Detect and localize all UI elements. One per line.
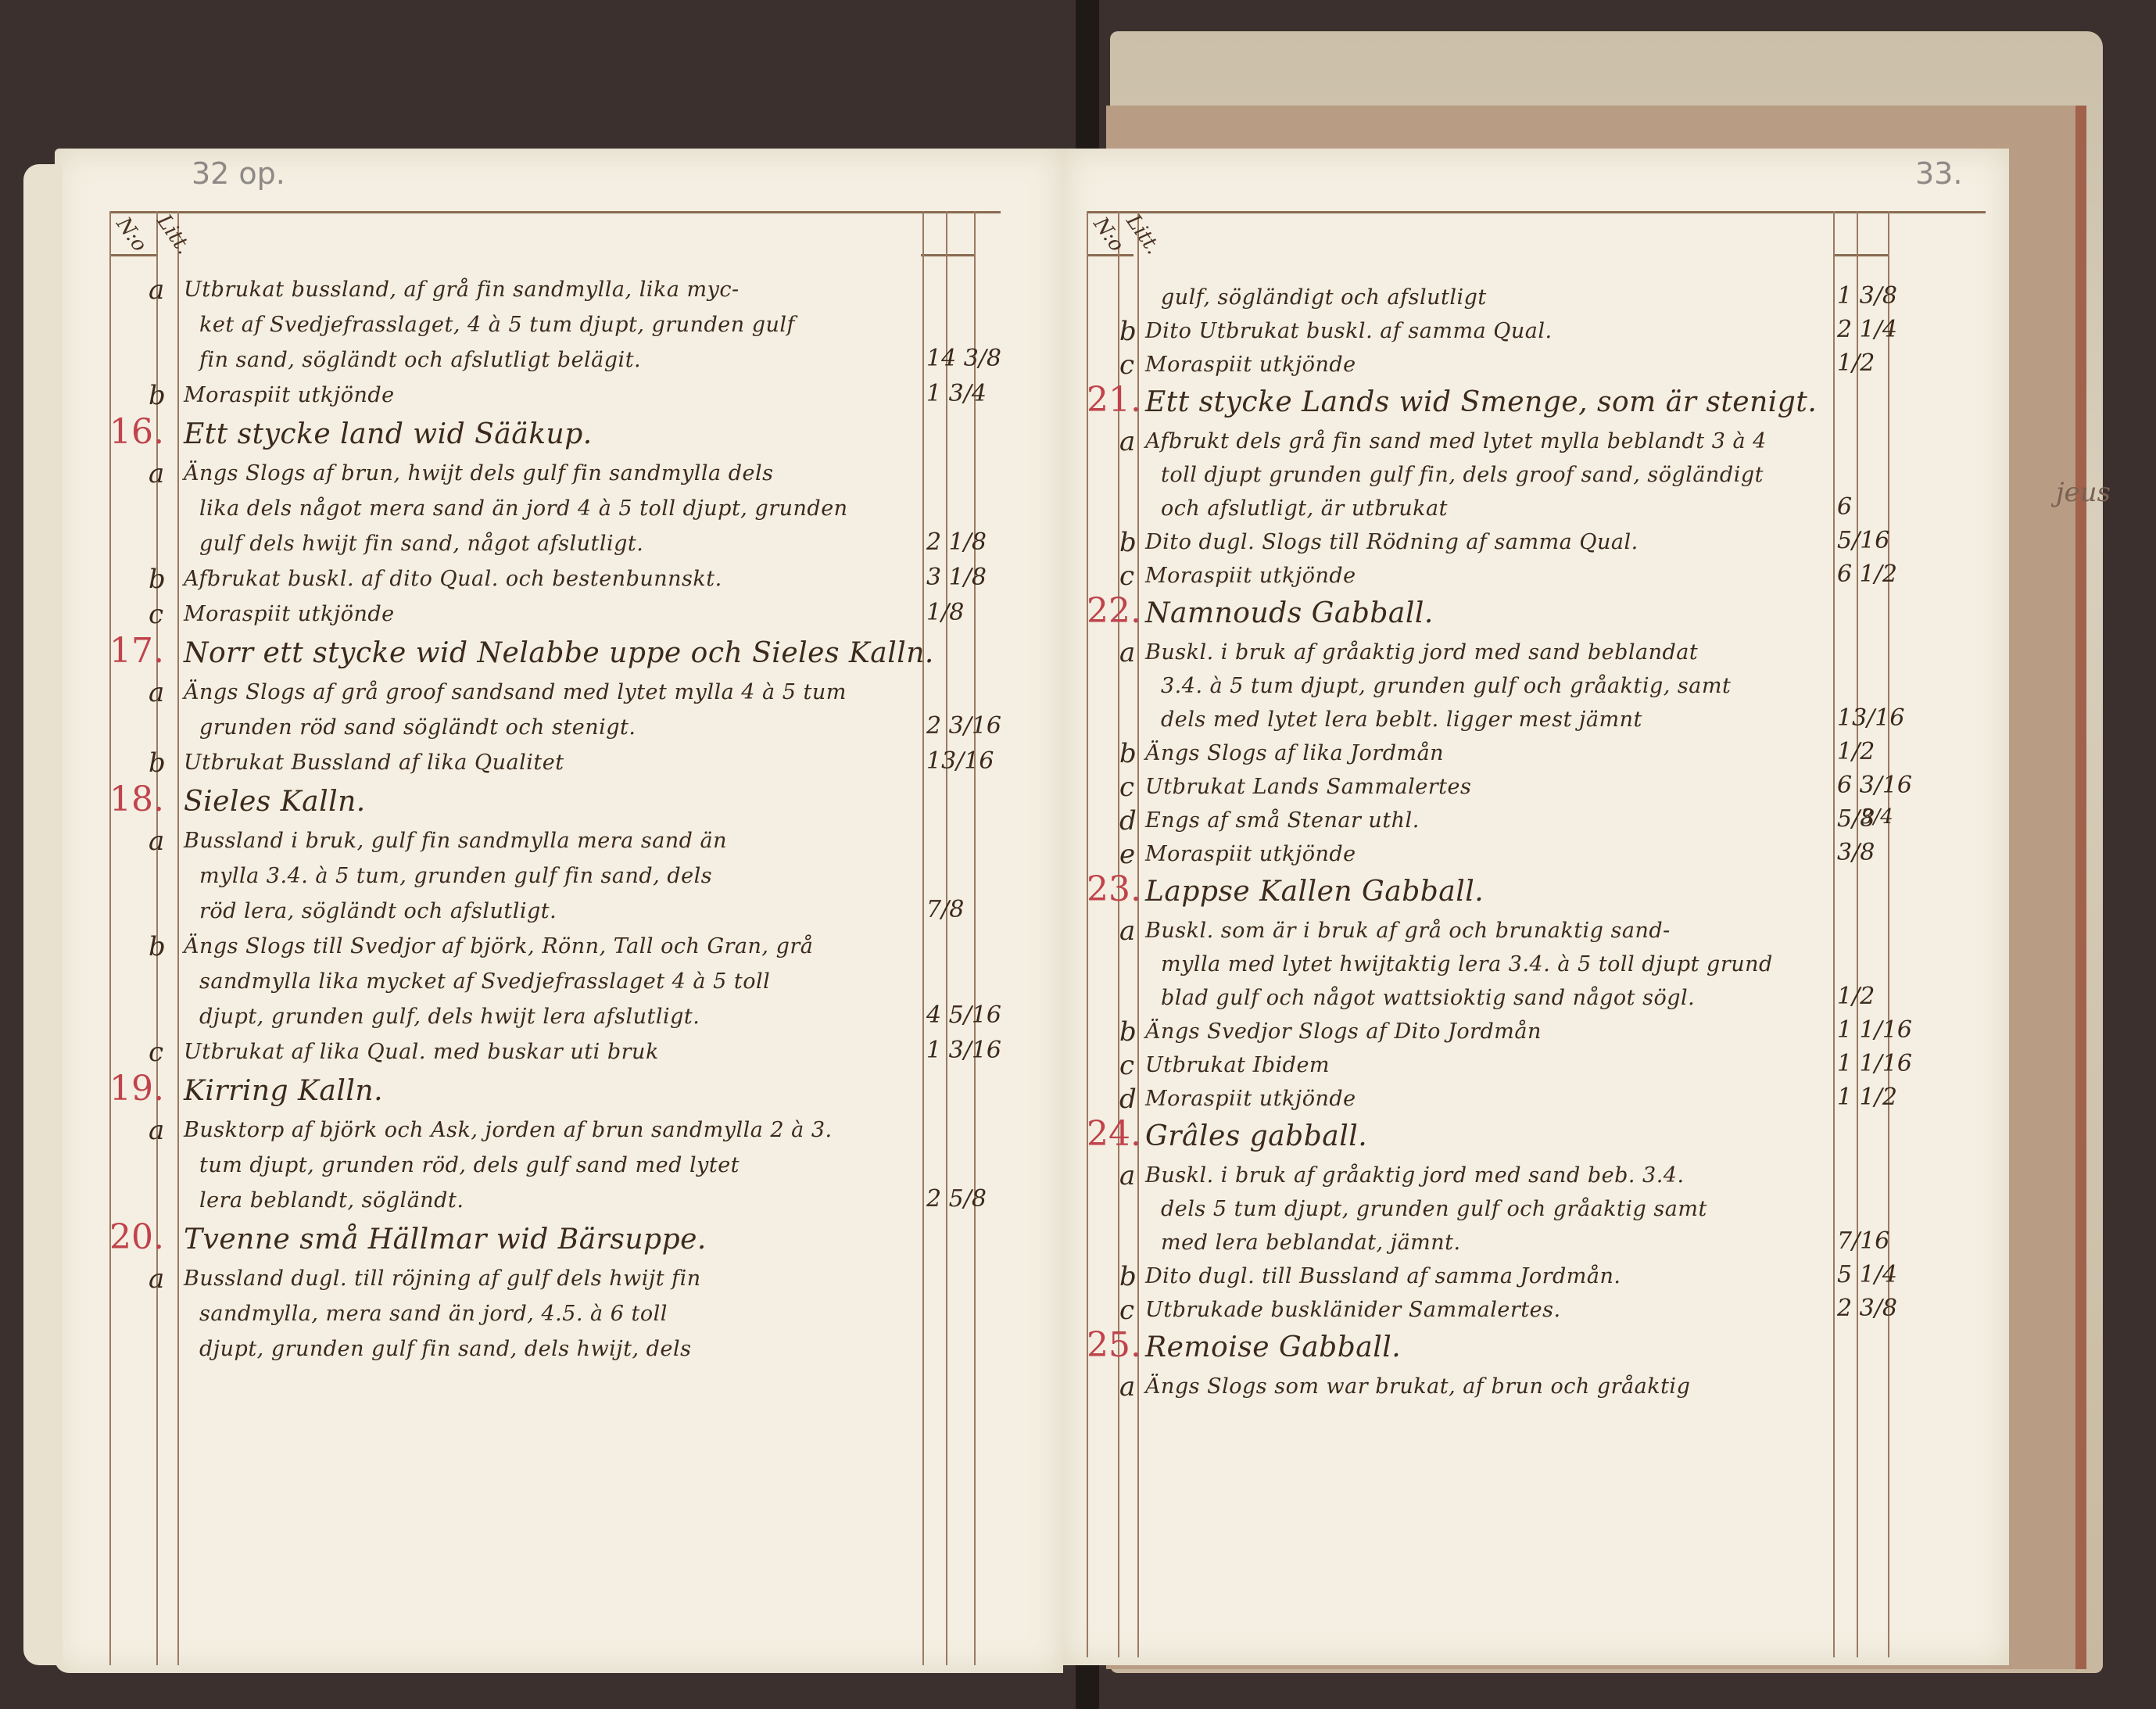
entry-text: toll djupt grunden gulf fin, dels groof … [1161, 463, 1764, 487]
parcel-heading: Norr ett stycke wid Nelabbe uppe och Sie… [184, 637, 934, 669]
entry-letter: c [1119, 1295, 1134, 1326]
entry-text: Moraspiit utkjönde [184, 602, 395, 626]
entry-number: 19. [109, 1069, 164, 1109]
column-header-no: N:o [1089, 213, 1129, 256]
column-rule [177, 211, 179, 1665]
parcel-heading: Namnouds Gabball. [1145, 597, 1434, 629]
area-value-tunnland: 2 5/8 [926, 1185, 987, 1213]
entry-text: Buskl. som är i bruk af grå och brunakti… [1145, 919, 1671, 943]
entry-text: Utbrukat bussland, af grå fin sandmylla,… [184, 278, 740, 302]
entry-text: Moraspiit utkjönde [184, 383, 395, 407]
area-value-tunnland: 1 1/2 [1837, 1084, 1897, 1111]
area-value-tunnland: 1 1/16 [1837, 1016, 1912, 1044]
entry-text: Utbrukat Ibidem [1145, 1053, 1330, 1077]
entry-text: fin sand, sögländt och afslutligt belägi… [199, 348, 641, 372]
entry-letter: d [1119, 805, 1137, 837]
column-rule [974, 211, 976, 1665]
entry-letter: a [1119, 637, 1135, 668]
entry-text: Dito Utbrukat buskl. af samma Qual. [1145, 319, 1553, 343]
margin-note: jeus [2056, 477, 2111, 508]
column-header-litt: Litt. [1121, 210, 1165, 259]
area-value-tunnland: 6 [1837, 493, 1852, 521]
column-header-litt: Litt. [152, 210, 195, 259]
right-page: 33. N:o Litt. gulf, sögländigt och afslu… [1063, 149, 2009, 1665]
entry-letter: b [1119, 1016, 1137, 1048]
entry-letter: b [149, 747, 166, 779]
entry-text: mylla 3.4. à 5 tum, grunden gulf fin san… [199, 864, 712, 888]
entry-number: 23. [1087, 869, 1141, 909]
column-rule [1137, 211, 1139, 1657]
entry-text: gulf, sögländigt och afslutligt [1161, 285, 1487, 310]
entry-letter: d [1119, 1084, 1137, 1115]
parcel-heading: Ett stycke land wid Sääkup. [184, 418, 593, 450]
area-value-tunnland: 13/16 [1837, 704, 1904, 732]
area-value-tunnland: 2 1/4 [1837, 316, 1897, 343]
entry-letter: b [1119, 1261, 1137, 1292]
entry-letter: b [1119, 738, 1137, 769]
entry-text: Ängs Svedjor Slogs af Dito Jordmån [1145, 1019, 1542, 1044]
entry-letter: a [149, 274, 164, 306]
entry-text: Moraspiit utkjönde [1145, 564, 1356, 588]
entry-letter: c [149, 599, 163, 630]
entry-text: ket af Svedjefrasslaget, 4 à 5 tum djupt… [199, 313, 795, 337]
parcel-heading: Remoise Gabball. [1145, 1331, 1401, 1363]
entry-letter: b [1119, 316, 1137, 347]
area-value-tunnland: 1/8 [926, 599, 964, 626]
entry-text: Dito dugl. Slogs till Rödning af samma Q… [1145, 530, 1638, 554]
entry-number: 25. [1087, 1325, 1141, 1365]
column-rule [1087, 211, 1088, 1657]
parcel-heading: Kirring Kalln. [184, 1075, 383, 1107]
entry-text: djupt, grunden gulf, dels hwijt lera afs… [199, 1005, 700, 1029]
header-rule [1087, 211, 1986, 213]
entry-text: röd lera, sögländt och afslutligt. [199, 899, 557, 923]
entry-text: grunden röd sand sögländt och stenigt. [199, 715, 636, 740]
header-rule-values [1833, 254, 1888, 256]
entry-text: tum djupt, grunden röd, dels gulf sand m… [199, 1153, 740, 1177]
entry-text: Ängs Slogs som war brukat, af brun och g… [1145, 1374, 1690, 1399]
entry-text: Buskl. i bruk af gråaktig jord med sand … [1145, 1163, 1685, 1188]
area-value-tunnland: 6 3/16 [1837, 772, 1912, 799]
column-rule [1857, 211, 1858, 1657]
entry-text: Ängs Slogs af brun, hwijt dels gulf fin … [184, 461, 773, 485]
entry-text: Buskl. i bruk af gråaktig jord med sand … [1145, 640, 1698, 665]
column-rule [922, 211, 924, 1665]
parcel-heading: Tvenne små Hällmar wid Bärsuppe. [184, 1224, 707, 1256]
area-value-tunnland: 1/2 [1837, 738, 1875, 765]
entry-letter: c [1119, 1050, 1134, 1081]
entry-text: sandmylla lika mycket af Svedjefrasslage… [199, 969, 770, 994]
entry-text: lera beblandt, sögländt. [199, 1188, 464, 1213]
area-value-tunnland: 7/8 [926, 896, 964, 923]
parcel-heading: Grâles gabball. [1145, 1120, 1367, 1152]
entry-letter: a [149, 826, 164, 857]
page-number: 32 op. [192, 156, 285, 191]
entry-text: med lera beblandat, jämnt. [1161, 1231, 1461, 1255]
entry-text: dels med lytet lera beblt. ligger mest j… [1161, 708, 1642, 732]
parcel-heading: Sieles Kalln. [184, 786, 366, 818]
entry-text: Bussland i bruk, gulf fin sandmylla mera… [184, 829, 727, 853]
entry-letter: a [149, 1263, 164, 1295]
entry-number: 24. [1087, 1114, 1141, 1154]
entry-text: Bussland dugl. till röjning af gulf dels… [184, 1267, 701, 1291]
parcel-heading: Ett stycke Lands wid Smenge, som är sten… [1145, 386, 1817, 418]
area-value-tunnland: 1 3/4 [926, 380, 987, 407]
entry-letter: c [1119, 772, 1134, 803]
entry-letter: c [1119, 349, 1134, 381]
entry-letter: c [149, 1037, 163, 1068]
area-value-tunnland: 1 1/16 [1837, 1050, 1912, 1077]
entry-text: Ängs Slogs af lika Jordmån [1145, 741, 1444, 765]
entry-letter: b [149, 931, 166, 962]
entry-text: Moraspiit utkjönde [1145, 353, 1356, 377]
entry-letter: a [1119, 915, 1135, 947]
entry-text: Ängs Slogs af grå groof sandsand med lyt… [184, 680, 847, 704]
entry-text: mylla med lytet hwijtaktig lera 3.4. à 5… [1161, 952, 1773, 976]
entry-text: djupt, grunden gulf fin sand, dels hwijt… [199, 1337, 691, 1361]
entry-text: dels 5 tum djupt, grunden gulf och gråak… [1161, 1197, 1707, 1221]
entry-number: 16. [109, 412, 164, 452]
left-page: 32 op. N:o Litt. aUtbrukat bussland, af … [55, 149, 1063, 1673]
entry-text: Ängs Slogs till Svedjor af björk, Rönn, … [184, 934, 813, 958]
entry-letter: b [1119, 527, 1137, 558]
entry-letter: a [1119, 426, 1135, 457]
parcel-heading: Lappse Kallen Gabball. [1145, 876, 1484, 908]
area-value-tunnland: 1 3/16 [926, 1037, 1001, 1064]
entry-text: Moraspiit utkjönde [1145, 1087, 1356, 1111]
entry-letter: a [1119, 1371, 1135, 1403]
entry-text: Afbrukt dels grå fin sand med lytet myll… [1145, 429, 1767, 453]
area-value-tunnland: 1/2 [1837, 349, 1875, 377]
area-value-tunnland: 3 1/8 [926, 564, 987, 591]
entry-number: 17. [109, 631, 164, 671]
page-number: 33. [1915, 156, 1962, 191]
entry-letter: c [1119, 561, 1134, 592]
entry-number: 21. [1087, 380, 1141, 420]
column-rule [946, 211, 947, 1665]
entry-text: gulf dels hwijt fin sand, något afslutli… [199, 532, 643, 556]
entry-text: Moraspiit utkjönde [1145, 842, 1356, 866]
area-value-tunnland: 3/8 [1837, 839, 1875, 866]
area-value-tunnland: 4 5/16 [926, 1001, 1001, 1029]
area-value-kappland: 3/4 [1861, 805, 1893, 829]
area-value-tunnland: 14 3/8 [926, 345, 1001, 372]
entry-text: Utbrukat af lika Qual. med buskar uti br… [184, 1040, 659, 1064]
column-rule [1833, 211, 1835, 1657]
entry-letter: b [149, 380, 166, 411]
area-value-tunnland: 6 1/2 [1837, 561, 1897, 588]
entry-number: 18. [109, 779, 164, 819]
entry-text: och afslutligt, är utbrukat [1161, 496, 1448, 521]
entry-text: Dito dugl. till Bussland af samma Jordmå… [1145, 1264, 1621, 1288]
entry-letter: a [149, 1115, 164, 1146]
area-value-tunnland: 1 3/8 [1837, 282, 1897, 310]
area-value-tunnland: 5 1/4 [1837, 1261, 1897, 1288]
area-value-tunnland: 1/2 [1837, 983, 1875, 1010]
entry-text: Afbrukat buskl. af dito Qual. och besten… [184, 567, 722, 591]
entry-letter: a [1119, 1160, 1135, 1191]
header-rule-values [921, 254, 976, 256]
entry-text: Engs af små Stenar uthl. [1145, 808, 1420, 833]
area-value-tunnland: 2 3/16 [926, 712, 1001, 740]
header-rule [109, 211, 1001, 213]
entry-text: Utbrukat Lands Sammalertes [1145, 775, 1471, 799]
area-value-tunnland: 13/16 [926, 747, 994, 775]
entry-letter: e [1119, 839, 1135, 870]
area-value-tunnland: 5/16 [1837, 527, 1889, 554]
entry-number: 22. [1087, 591, 1141, 631]
area-value-tunnland: 7/16 [1837, 1227, 1889, 1255]
entry-letter: a [149, 458, 164, 489]
entry-text: 3.4. à 5 tum djupt, grunden gulf och grå… [1161, 674, 1731, 698]
entry-text: lika dels något mera sand än jord 4 à 5 … [199, 496, 848, 521]
area-value-tunnland: 2 3/8 [1837, 1295, 1897, 1322]
entry-text: blad gulf och något wattsioktig sand någ… [1161, 986, 1695, 1010]
column-rule [1888, 211, 1889, 1657]
entry-letter: b [149, 564, 166, 595]
column-header-no: N:o [112, 213, 152, 256]
area-value-tunnland: 2 1/8 [926, 528, 987, 556]
entry-text: sandmylla, mera sand än jord, 4.5. à 6 t… [199, 1302, 668, 1326]
entry-text: Utbrukade busklänider Sammalertes. [1145, 1298, 1561, 1322]
entry-letter: a [149, 677, 164, 708]
entry-text: Busktorp af björk och Ask, jorden af bru… [184, 1118, 833, 1142]
left-page-edges [23, 164, 63, 1665]
entry-number: 20. [109, 1217, 164, 1257]
entry-text: Utbrukat Bussland af lika Qualitet [184, 751, 564, 775]
